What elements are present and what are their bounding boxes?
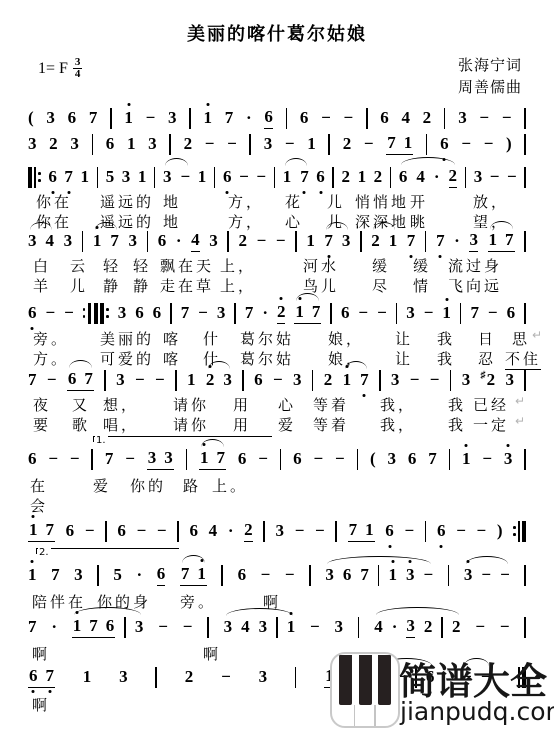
note-token: 1 — [295, 301, 304, 323]
lyric-chunk: 可爱的 — [100, 348, 154, 369]
note-token: 7 — [89, 107, 98, 129]
note-token: 3 — [325, 564, 334, 586]
note-token: 2 — [238, 230, 247, 252]
barline — [92, 134, 94, 155]
barline — [448, 565, 450, 586]
note-token: 6 — [507, 302, 516, 324]
note-token: − — [461, 133, 471, 155]
note-token: − — [256, 166, 266, 188]
beam-group: 176 — [72, 615, 116, 638]
note-token: − — [227, 133, 237, 155]
octave-dot-above — [465, 444, 468, 447]
lyric-chunk: 遥远的 — [100, 191, 154, 212]
note-token: · — [454, 230, 460, 252]
slur-group: 71 — [180, 563, 207, 586]
lyric-row: 旁。美丽的喀什葛尔姑娘，让我日思↵ — [0, 328, 554, 346]
lyric-chunk: 羊 — [33, 275, 51, 296]
note-token: − — [258, 448, 268, 470]
barline — [358, 617, 360, 638]
beam-group: 67 — [28, 665, 55, 688]
beam-group: 17 — [28, 519, 55, 542]
lyric-row: 在爱你的路上。 — [0, 475, 554, 493]
lyric-chunk: 想， — [103, 394, 139, 415]
note-token: 3 — [458, 107, 467, 129]
piano-black-keys — [332, 655, 398, 705]
sheet-music-page: 美丽的喀什葛尔姑娘 1= F 3 4 张海宁词 周善儒曲 (3671−317·6… — [0, 0, 554, 744]
note-token: 3 — [335, 616, 344, 638]
note-token: 7 — [28, 616, 37, 638]
note-token: · — [51, 616, 57, 638]
barline — [88, 303, 92, 324]
note-token: 3 — [342, 230, 351, 252]
end-repeat — [513, 520, 526, 542]
octave-dot-above — [289, 612, 292, 615]
note-token: − — [364, 133, 374, 155]
note-token: 2 — [324, 369, 333, 391]
note-token: − — [257, 230, 267, 252]
note-token: 6 — [238, 564, 247, 586]
note-token: 3 — [28, 133, 37, 155]
note-token: 1 — [187, 369, 196, 391]
watermark-site: jianpudq.com — [400, 697, 554, 726]
note-token: 2 — [371, 230, 380, 252]
notation-mark — [513, 526, 516, 529]
note-token: 1 — [404, 132, 413, 154]
barline — [465, 167, 467, 188]
lyric-chunk: 静 — [103, 275, 121, 296]
lyric-chunk: 在 — [30, 475, 48, 496]
note-token: 7 — [470, 302, 479, 324]
lyric-chunk: 让 — [395, 328, 413, 349]
barline — [522, 521, 526, 542]
barline — [207, 617, 209, 638]
octave-dot-below — [440, 545, 443, 548]
lyric-chunk: 葛尔姑 — [240, 348, 294, 369]
lyric-chunk: 啊 — [203, 643, 221, 664]
double-repeat — [83, 302, 109, 324]
note-token: 1 — [200, 447, 209, 469]
repeat-dots — [83, 303, 86, 323]
barline — [330, 303, 332, 324]
note-token: 6 — [408, 448, 417, 470]
note-token: 4 — [401, 107, 410, 129]
lyric-chunk: 爱 — [278, 414, 296, 435]
note-token: 3 — [264, 133, 273, 155]
barline — [312, 370, 314, 391]
note-token: 3 — [391, 369, 400, 391]
note-token: − — [410, 369, 420, 391]
note-token: − — [488, 302, 498, 324]
lyric-chunk: 地 — [163, 191, 181, 212]
note-token: 6 — [380, 107, 389, 129]
note-token: 3 — [116, 369, 125, 391]
note-token: 3 — [406, 564, 415, 586]
barline — [357, 449, 359, 470]
notation-mark — [83, 308, 86, 311]
octave-dot-above — [280, 297, 283, 300]
slur-group: 17 — [199, 447, 226, 470]
lyric-chunk: 上， — [220, 255, 256, 276]
barline — [169, 134, 171, 155]
slur-group: 3431 — [224, 616, 296, 638]
note-token: 3 — [224, 616, 233, 638]
note-token: 6 — [153, 302, 162, 324]
lyric-chunk: 已经 — [473, 394, 509, 415]
note-token: − — [500, 616, 510, 638]
barline — [450, 370, 452, 391]
slur-group: 64·2 — [399, 165, 457, 188]
lyric-row: 你在遥远的地方，花儿悄悄地开放， — [0, 191, 554, 209]
lyric-chunk: 悄悄地 — [355, 191, 409, 212]
note-token: 6 — [48, 166, 57, 188]
lyric-chunk: 请你 — [173, 414, 209, 435]
barline — [360, 231, 362, 252]
barline — [154, 167, 156, 188]
lyric-row: 白云轻轻飘在天上，河水缓缓流过身 — [0, 255, 554, 273]
note-token: 2 — [184, 133, 193, 155]
beam-group: 17 — [488, 229, 515, 252]
note-token: 4 — [46, 230, 55, 252]
note-row: 3431736·432−−1732177·317 — [28, 228, 526, 252]
octave-dot-above — [467, 560, 470, 563]
barline — [242, 370, 244, 391]
lyric-chunk: 我 — [437, 348, 455, 369]
note-token: − — [490, 166, 500, 188]
note-token: − — [424, 302, 434, 324]
note-token: 3 — [388, 448, 397, 470]
notation-mark — [106, 308, 109, 311]
return-mark: ↵ — [515, 394, 525, 408]
note-token: 6 — [106, 615, 115, 637]
watermark-piano-icon — [330, 652, 400, 728]
note-token: 3 — [259, 616, 268, 638]
note-token: 1 — [93, 230, 102, 252]
note-token: 3 — [168, 107, 177, 129]
note-token: 1 — [138, 166, 147, 188]
note-token: 7 — [360, 564, 369, 586]
note-token: 6 — [385, 520, 394, 542]
note-token: 7 — [505, 229, 514, 251]
barline — [97, 167, 99, 188]
barline — [379, 370, 381, 391]
note-token: 3 — [122, 166, 131, 188]
note-token: · — [176, 230, 182, 252]
barline — [249, 134, 251, 155]
note-token: 6 — [238, 448, 247, 470]
slur-group: 67 — [67, 368, 94, 391]
note-token: − — [157, 520, 167, 542]
note-token: − — [183, 616, 193, 638]
lyric-chunk: 缓 — [372, 255, 390, 276]
barline — [104, 370, 106, 391]
note-token: 1 — [307, 133, 316, 155]
lyric-chunk: 轻 — [133, 255, 151, 276]
slur-group: 4·322 — [374, 615, 460, 638]
note-token: 6 — [68, 368, 77, 390]
note-token: 3 — [217, 302, 226, 324]
repeat-dots — [38, 167, 41, 187]
barline — [189, 108, 191, 129]
note-token: 7 — [436, 230, 445, 252]
note-token: − — [181, 166, 191, 188]
barline — [449, 449, 451, 470]
slur-group: 17 — [488, 229, 515, 252]
note-token: 3 — [464, 564, 473, 586]
note-token: − — [481, 564, 491, 586]
note-token: 7 — [312, 301, 321, 323]
lyric-chunk: 思 — [512, 328, 530, 349]
lyric-chunk: 要 — [33, 414, 51, 435]
lyric-chunk: 我 — [448, 414, 466, 435]
note-token: − — [502, 107, 512, 129]
barline — [186, 449, 188, 470]
note-token: − — [500, 564, 510, 586]
note-token: − — [475, 616, 485, 638]
note-token: − — [321, 107, 331, 129]
note-token: 2 — [452, 616, 461, 638]
note-token: − — [377, 302, 387, 324]
lyric-chunk: 上， — [220, 275, 256, 296]
note-token: 1 — [287, 616, 296, 638]
note-token: 3 — [119, 666, 128, 688]
lyric-row: 你在遥远的地方，心儿深深地眺望， — [0, 211, 554, 229]
octave-dot-below — [48, 690, 51, 693]
note-token: 3 — [148, 447, 157, 469]
repeat-dots — [513, 521, 516, 541]
lyric-chunk: 轻 — [103, 255, 121, 276]
note-token: − — [507, 166, 517, 188]
note-token: − — [137, 520, 147, 542]
note-token: · — [434, 166, 440, 188]
lyric-chunk: 陪伴在 — [32, 591, 86, 612]
lyric-chunk: 歌 — [72, 414, 90, 435]
beam-group: 17 — [199, 447, 226, 470]
octave-dot-above — [96, 226, 99, 229]
note-token: 1 — [283, 166, 292, 188]
note-token: ) — [506, 133, 512, 155]
lyric-chunk: 你的 — [130, 475, 166, 496]
note-token: 3 — [469, 229, 478, 252]
note-row: 7−673−−1236−32173−−3♯23 — [28, 367, 526, 391]
note-token: − — [344, 107, 354, 129]
note-token: 7 — [217, 447, 226, 469]
octave-dot-below — [388, 545, 391, 548]
lyric-chunk: 流过身 — [448, 255, 502, 276]
note-token: 7 — [428, 448, 437, 470]
note-token: 7 — [324, 230, 333, 252]
note-token: − — [423, 564, 433, 586]
note-token: 2 — [423, 107, 432, 129]
barline — [524, 449, 526, 470]
note-token: 6 — [399, 166, 408, 188]
octave-dot-above — [209, 365, 212, 368]
note-token: 6 — [28, 448, 37, 470]
lyric-chunk: 我， — [380, 394, 416, 415]
note-token: − — [285, 564, 295, 586]
barline — [441, 617, 443, 638]
slur-group: 3−− — [464, 564, 510, 586]
lyric-chunk: 我， — [380, 414, 416, 435]
lyric-chunk: 儿 — [327, 191, 345, 212]
note-token: − — [273, 369, 283, 391]
note-token: − — [276, 230, 286, 252]
slur-group: 23 — [206, 369, 232, 391]
volta-label: 1. — [95, 435, 108, 446]
lyric-chunk: 旁。 — [33, 328, 69, 349]
repeat-dots — [106, 303, 109, 323]
note-token: · — [246, 107, 252, 129]
barline — [286, 108, 288, 129]
barline — [110, 108, 112, 129]
note-row: (3671−317·66−−6423−− — [28, 105, 526, 129]
note-token: 3 — [209, 230, 218, 252]
note-token: 3 — [462, 369, 471, 391]
lyric-chunk: 日 — [478, 328, 496, 349]
note-row: 6−−7−33176−6−−(3671−3 — [28, 446, 526, 470]
note-token: 4 — [416, 166, 425, 188]
note-token: − — [479, 107, 489, 129]
note-token: − — [70, 448, 80, 470]
note-token: · — [392, 616, 398, 638]
lyric-chunk: 请你 — [173, 394, 209, 415]
lyric-chunk: 唱， — [103, 414, 139, 435]
lyric-chunk: 心 — [278, 394, 296, 415]
barline — [34, 167, 36, 188]
octave-dot-above — [127, 103, 130, 106]
barline — [295, 667, 297, 688]
notation-mark — [106, 315, 109, 318]
lyric-chunk: 喀 — [163, 328, 181, 349]
note-token: 3 — [406, 302, 415, 324]
barline — [524, 617, 526, 638]
barline — [221, 565, 223, 586]
note-token: 3 — [148, 133, 157, 155]
barline — [82, 231, 84, 252]
barline — [295, 231, 297, 252]
note-token: − — [335, 448, 345, 470]
barline — [147, 231, 149, 252]
lyric-chunk: 旁。 — [180, 591, 216, 612]
note-token: 3 — [70, 133, 79, 155]
barline — [175, 370, 177, 391]
note-token: · — [136, 564, 142, 586]
piano-white-keys — [332, 705, 398, 726]
note-token: 3 — [46, 107, 55, 129]
note-row: 176−6−−64·23−−716−6−−) — [28, 518, 526, 542]
notation-mark — [38, 179, 41, 182]
notation-mark — [38, 172, 41, 175]
barline — [524, 231, 526, 252]
barline — [227, 231, 229, 252]
return-mark: ↵ — [515, 414, 525, 428]
lyric-chunk: 飞向远 — [448, 275, 502, 296]
barline — [91, 449, 93, 470]
notation-mark — [83, 315, 86, 318]
note-token: − — [48, 448, 58, 470]
note-token: 7 — [300, 166, 309, 188]
barline — [524, 370, 526, 391]
note-token: 3 — [164, 447, 173, 469]
note-token: − — [205, 133, 215, 155]
note-token: − — [404, 520, 414, 542]
beam-group: 17 — [294, 301, 321, 324]
note-token: 1 — [489, 229, 498, 251]
note-token: − — [239, 166, 249, 188]
note-token: 1 — [83, 666, 92, 688]
lyric-chunk: 方， — [228, 191, 264, 212]
lyric-chunk: 夜 — [33, 394, 51, 415]
note-token: 6 — [29, 665, 38, 687]
lyric-chunk: 又 — [72, 394, 90, 415]
note-token: 7 — [349, 519, 358, 541]
note-token: 1 — [204, 107, 213, 129]
barline — [328, 134, 330, 155]
lyric-chunk: 我 — [448, 394, 466, 415]
note-row: 1735·6716−−36713−3−− — [28, 562, 526, 586]
octave-dot-above — [76, 611, 79, 614]
note-token: 7 — [84, 368, 93, 390]
note-token: 5 — [106, 166, 115, 188]
octave-dot-above — [32, 515, 35, 518]
lyric-chunk: 开 — [410, 191, 428, 212]
note-token: 1 — [462, 448, 471, 470]
slur-group: 17 — [343, 369, 369, 391]
barline — [426, 134, 428, 155]
note-token: 7 — [181, 302, 190, 324]
octave-dot-below — [32, 690, 35, 693]
slur-group: 36713− — [325, 564, 433, 586]
octave-dot-above — [298, 297, 301, 300]
note-token: 7 — [110, 230, 119, 252]
beam-group: 33 — [147, 447, 174, 470]
barline — [100, 303, 104, 324]
note-token: 1 — [127, 133, 136, 155]
note-token: − — [310, 616, 320, 638]
note-token: − — [285, 133, 295, 155]
note-token: 3 — [474, 166, 483, 188]
lyric-chunk: 喀 — [163, 348, 181, 369]
note-token: · — [228, 520, 234, 542]
lyric-chunk: 我 — [437, 328, 455, 349]
note-token: − — [456, 520, 466, 542]
note-token: 1 — [343, 369, 352, 391]
note-token: 1 — [28, 564, 37, 586]
note-token: 7 — [105, 448, 114, 470]
slur-group: 21 — [371, 230, 397, 252]
note-token: − — [125, 448, 135, 470]
note-row: 3236132−−3−12−716−−) — [28, 131, 526, 155]
note-token: − — [198, 302, 208, 324]
note-token: 7 — [89, 615, 98, 637]
note-token: 6 — [223, 166, 232, 188]
barline — [378, 565, 380, 586]
beam-group: 67 — [67, 368, 94, 391]
lyric-chunk: 你在 — [36, 191, 72, 212]
note-token: 7 — [181, 563, 190, 585]
slur-group: 17 — [93, 230, 119, 252]
note-row: 6−−3667−37·2176−−3−17−6 — [28, 300, 526, 324]
note-token: − — [45, 302, 55, 324]
note-token: − — [158, 616, 168, 638]
volta-label: 2. — [38, 547, 51, 558]
note-token: 2 — [343, 133, 352, 155]
slur-group: 17 — [283, 166, 309, 188]
barline — [28, 167, 32, 188]
note-token: ) — [497, 520, 503, 542]
barline — [274, 167, 276, 188]
note-token: 2 — [244, 519, 253, 542]
barline — [309, 565, 311, 586]
